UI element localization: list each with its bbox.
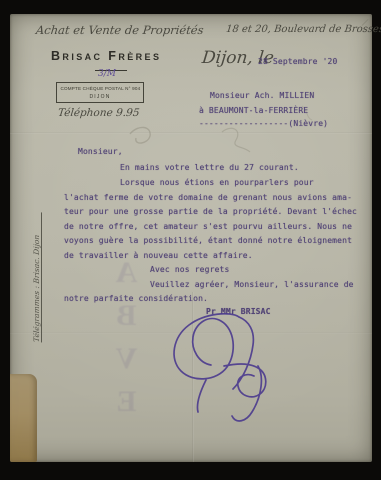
letter-page: ABVE Achat et Vente de Propriétés Brisac… [10,14,372,462]
signature-ink [10,14,372,462]
scan-background: ABVE Achat et Vente de Propriétés Brisac… [0,0,381,480]
